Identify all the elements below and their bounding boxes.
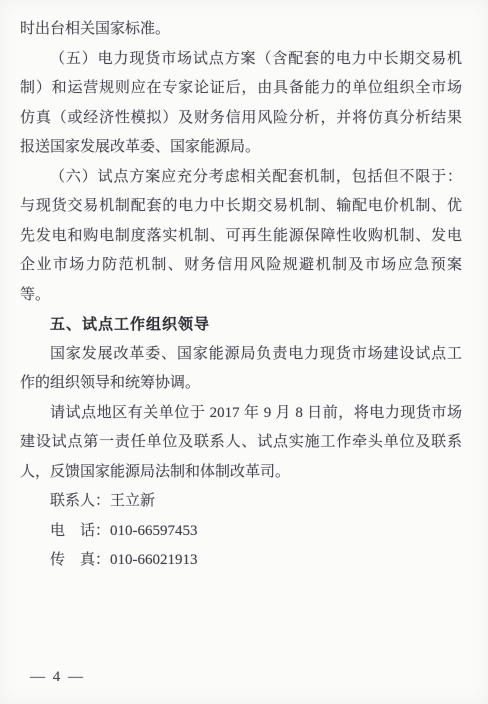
body-text-line: 制）和运营规则应在专家论证后，由具备能力的单位组织全市场 — [20, 74, 462, 104]
page-number: — 4 — — [30, 663, 85, 692]
body-text-line: （五）电力现货市场试点方案（含配套的电力中长期交易机 — [20, 45, 462, 75]
body-text-line: 国家发展改革委、国家能源局负责电力现货市场建设试点工 — [20, 340, 462, 370]
body-text-line: 报送国家发展改革委、国家能源局。 — [20, 133, 462, 163]
contact-phone-line: 电 话：010-66597453 — [20, 517, 462, 547]
body-text-line: 建设试点第一责任单位及联系人、试点实施工作牵头单位及联系 — [20, 428, 462, 458]
body-text-line: 与现货交易机制配套的电力中长期交易机制、输配电价机制、优 — [20, 192, 462, 222]
body-text-line: 仿真（或经济性模拟）及财务信用风险分析，并将仿真分析结果 — [20, 104, 462, 134]
body-text-line: 等。 — [20, 281, 462, 311]
section-heading: 五、试点工作组织领导 — [20, 310, 462, 340]
body-text-line: 企业市场力防范机制、财务信用风险规避机制及市场应急预案 — [20, 251, 462, 281]
body-text-line: 时出台相关国家标准。 — [20, 15, 462, 45]
contact-fax-line: 传 真：010-66021913 — [20, 546, 462, 576]
body-text-line: 先发电和购电制度落实机制、可再生能源保障性收购机制、发电 — [20, 222, 462, 252]
body-text-line: 作的组织领导和统筹协调。 — [20, 369, 462, 399]
scanned-document-page: 时出台相关国家标准。 （五）电力现货市场试点方案（含配套的电力中长期交易机 制）… — [0, 0, 488, 704]
body-text-line: 人，反馈国家能源局法制和体制改革司。 — [20, 458, 462, 488]
body-text-line: 请试点地区有关单位于 2017 年 9 月 8 日前，将电力现货市场 — [20, 399, 462, 429]
body-text-line: （六）试点方案应充分考虑相关配套机制，包括但不限于： — [20, 163, 462, 193]
contact-person-line: 联系人：王立新 — [20, 487, 462, 517]
